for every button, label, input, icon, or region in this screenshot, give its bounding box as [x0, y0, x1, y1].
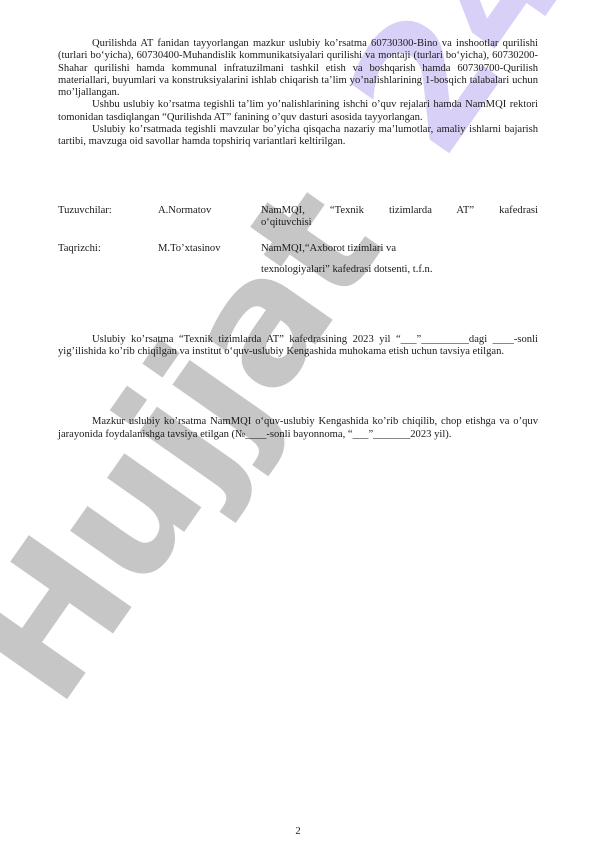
document-page: Hujjat 24 Qurilishda AT fanidan tayyorla…	[0, 0, 596, 842]
intro-paragraph-1: Qurilishda AT fanidan tayyorlangan mazku…	[58, 38, 538, 99]
intro-paragraph-2: Ushbu uslubiy ko’rsatma tegishli ta’lim …	[58, 99, 538, 124]
reviewer-role: Taqrizchi:	[58, 243, 158, 255]
department-approval-paragraph: Uslubiy ko’rsatma “Texnik tizimlarda AT”…	[58, 334, 538, 359]
author-role: Tuzuvchilar:	[58, 205, 158, 217]
author-description-line2: o‘qituvchisi	[261, 217, 538, 229]
author-description: NamMQI, “Texnik tizimlarda AT” kafedrasi…	[261, 205, 538, 230]
author-description-line1: NamMQI, “Texnik tizimlarda AT” kafedrasi	[261, 205, 538, 217]
author-name: A.Normatov	[158, 205, 261, 217]
author-row-compiler: Tuzuvchilar: A.Normatov NamMQI, “Texnik …	[58, 205, 538, 230]
intro-paragraph-3: Uslubiy ko’rsatmada tegishli mavzular bo…	[58, 124, 538, 149]
reviewer-description-line1: NamMQI,“Axborot tizimlari va	[261, 243, 538, 255]
authors-block: Tuzuvchilar: A.Normatov NamMQI, “Texnik …	[58, 205, 538, 276]
author-row-reviewer: Taqrizchi: M.To’xtasinov NamMQI,“Axborot…	[58, 243, 538, 276]
document-body: Qurilishda AT fanidan tayyorlangan mazku…	[58, 38, 538, 441]
page-number: 2	[0, 826, 596, 837]
reviewer-description-line2: texnologiyalari” kafedrasi dotsenti, t.f…	[261, 264, 538, 276]
reviewer-name: M.To’xtasinov	[158, 243, 261, 255]
council-approval-paragraph: Mazkur uslubiy ko’rsatma NamMQI o‘quv-us…	[58, 416, 538, 441]
reviewer-description: NamMQI,“Axborot tizimlari va texnologiya…	[261, 243, 538, 276]
